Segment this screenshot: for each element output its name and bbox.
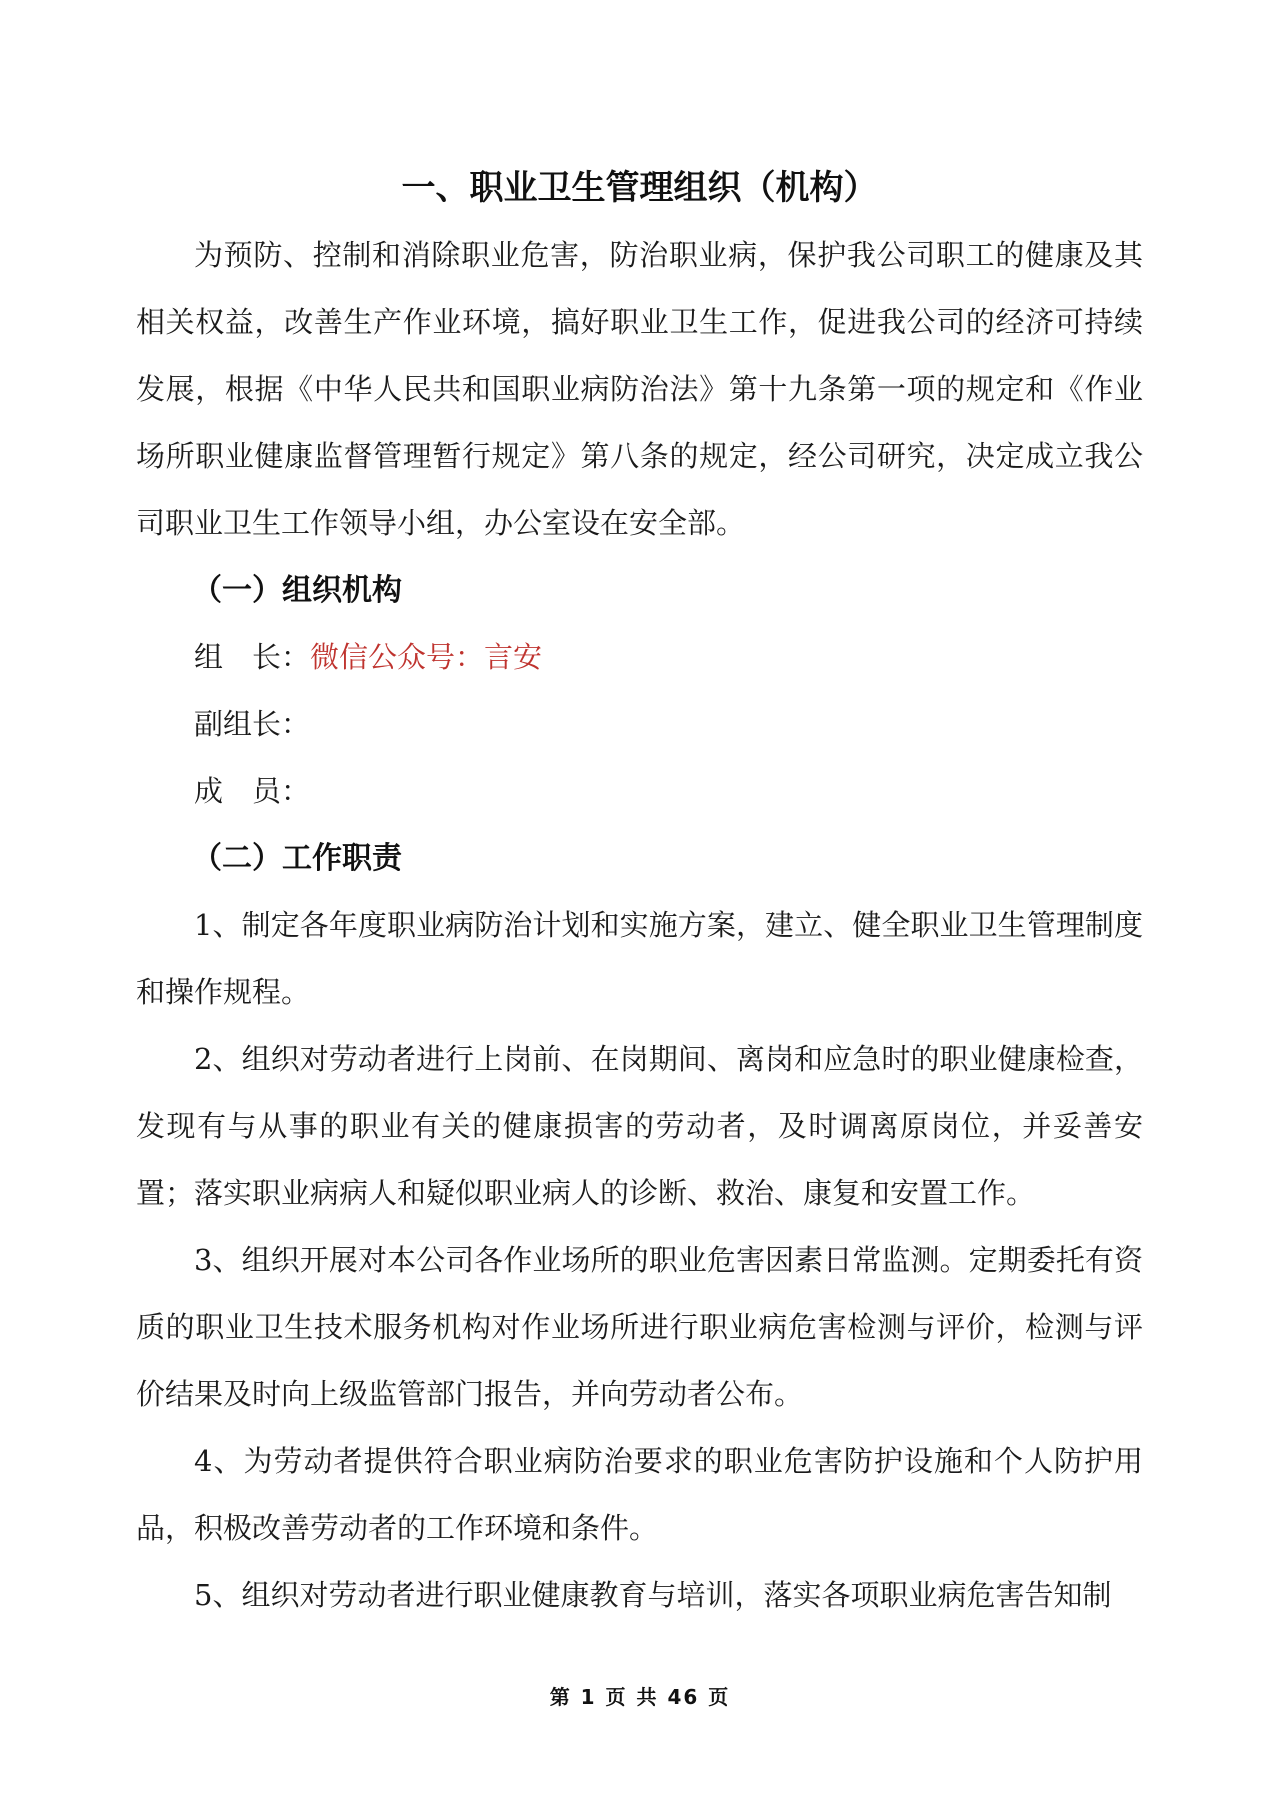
intro-paragraph: 为预防、控制和消除职业危害，防治职业病，保护我公司职工的健康及其相关权益，改善生… (136, 222, 1143, 557)
section-heading-duties: （二）工作职责 (136, 825, 1143, 892)
document-page: { "page": { "title": "一、职业卫生管理组织（机构）", "… (0, 0, 1280, 1810)
document-title: 一、职业卫生管理组织（机构） (136, 155, 1143, 222)
duty-item-1: 1、制定各年度职业病防治计划和实施方案，建立、健全职业卫生管理制度和操作规程。 (136, 892, 1143, 1026)
members-line: 成 员： (136, 758, 1143, 825)
group-leader-value-highlight: 微信公众号：言安 (310, 640, 542, 674)
section-heading-organization: （一）组织机构 (136, 557, 1143, 624)
group-leader-line: 组 长：微信公众号：言安 (136, 624, 1143, 691)
document-content: 一、职业卫生管理组织（机构） 为预防、控制和消除职业危害，防治职业病，保护我公司… (136, 155, 1143, 1629)
duty-item-5: 5、组织对劳动者进行职业健康教育与培训，落实各项职业病危害告知制 (136, 1562, 1143, 1629)
deputy-leader-line: 副组长： (136, 691, 1143, 758)
page-number-footer: 第 1 页 共 46 页 (0, 1684, 1280, 1710)
duty-item-4: 4、为劳动者提供符合职业病防治要求的职业危害防护设施和个人防护用品，积极改善劳动… (136, 1428, 1143, 1562)
duty-item-3: 3、组织开展对本公司各作业场所的职业危害因素日常监测。定期委托有资质的职业卫生技… (136, 1227, 1143, 1428)
duty-item-2: 2、组织对劳动者进行上岗前、在岗期间、离岗和应急时的职业健康检查，发现有与从事的… (136, 1026, 1143, 1227)
group-leader-label: 组 长： (194, 640, 310, 674)
